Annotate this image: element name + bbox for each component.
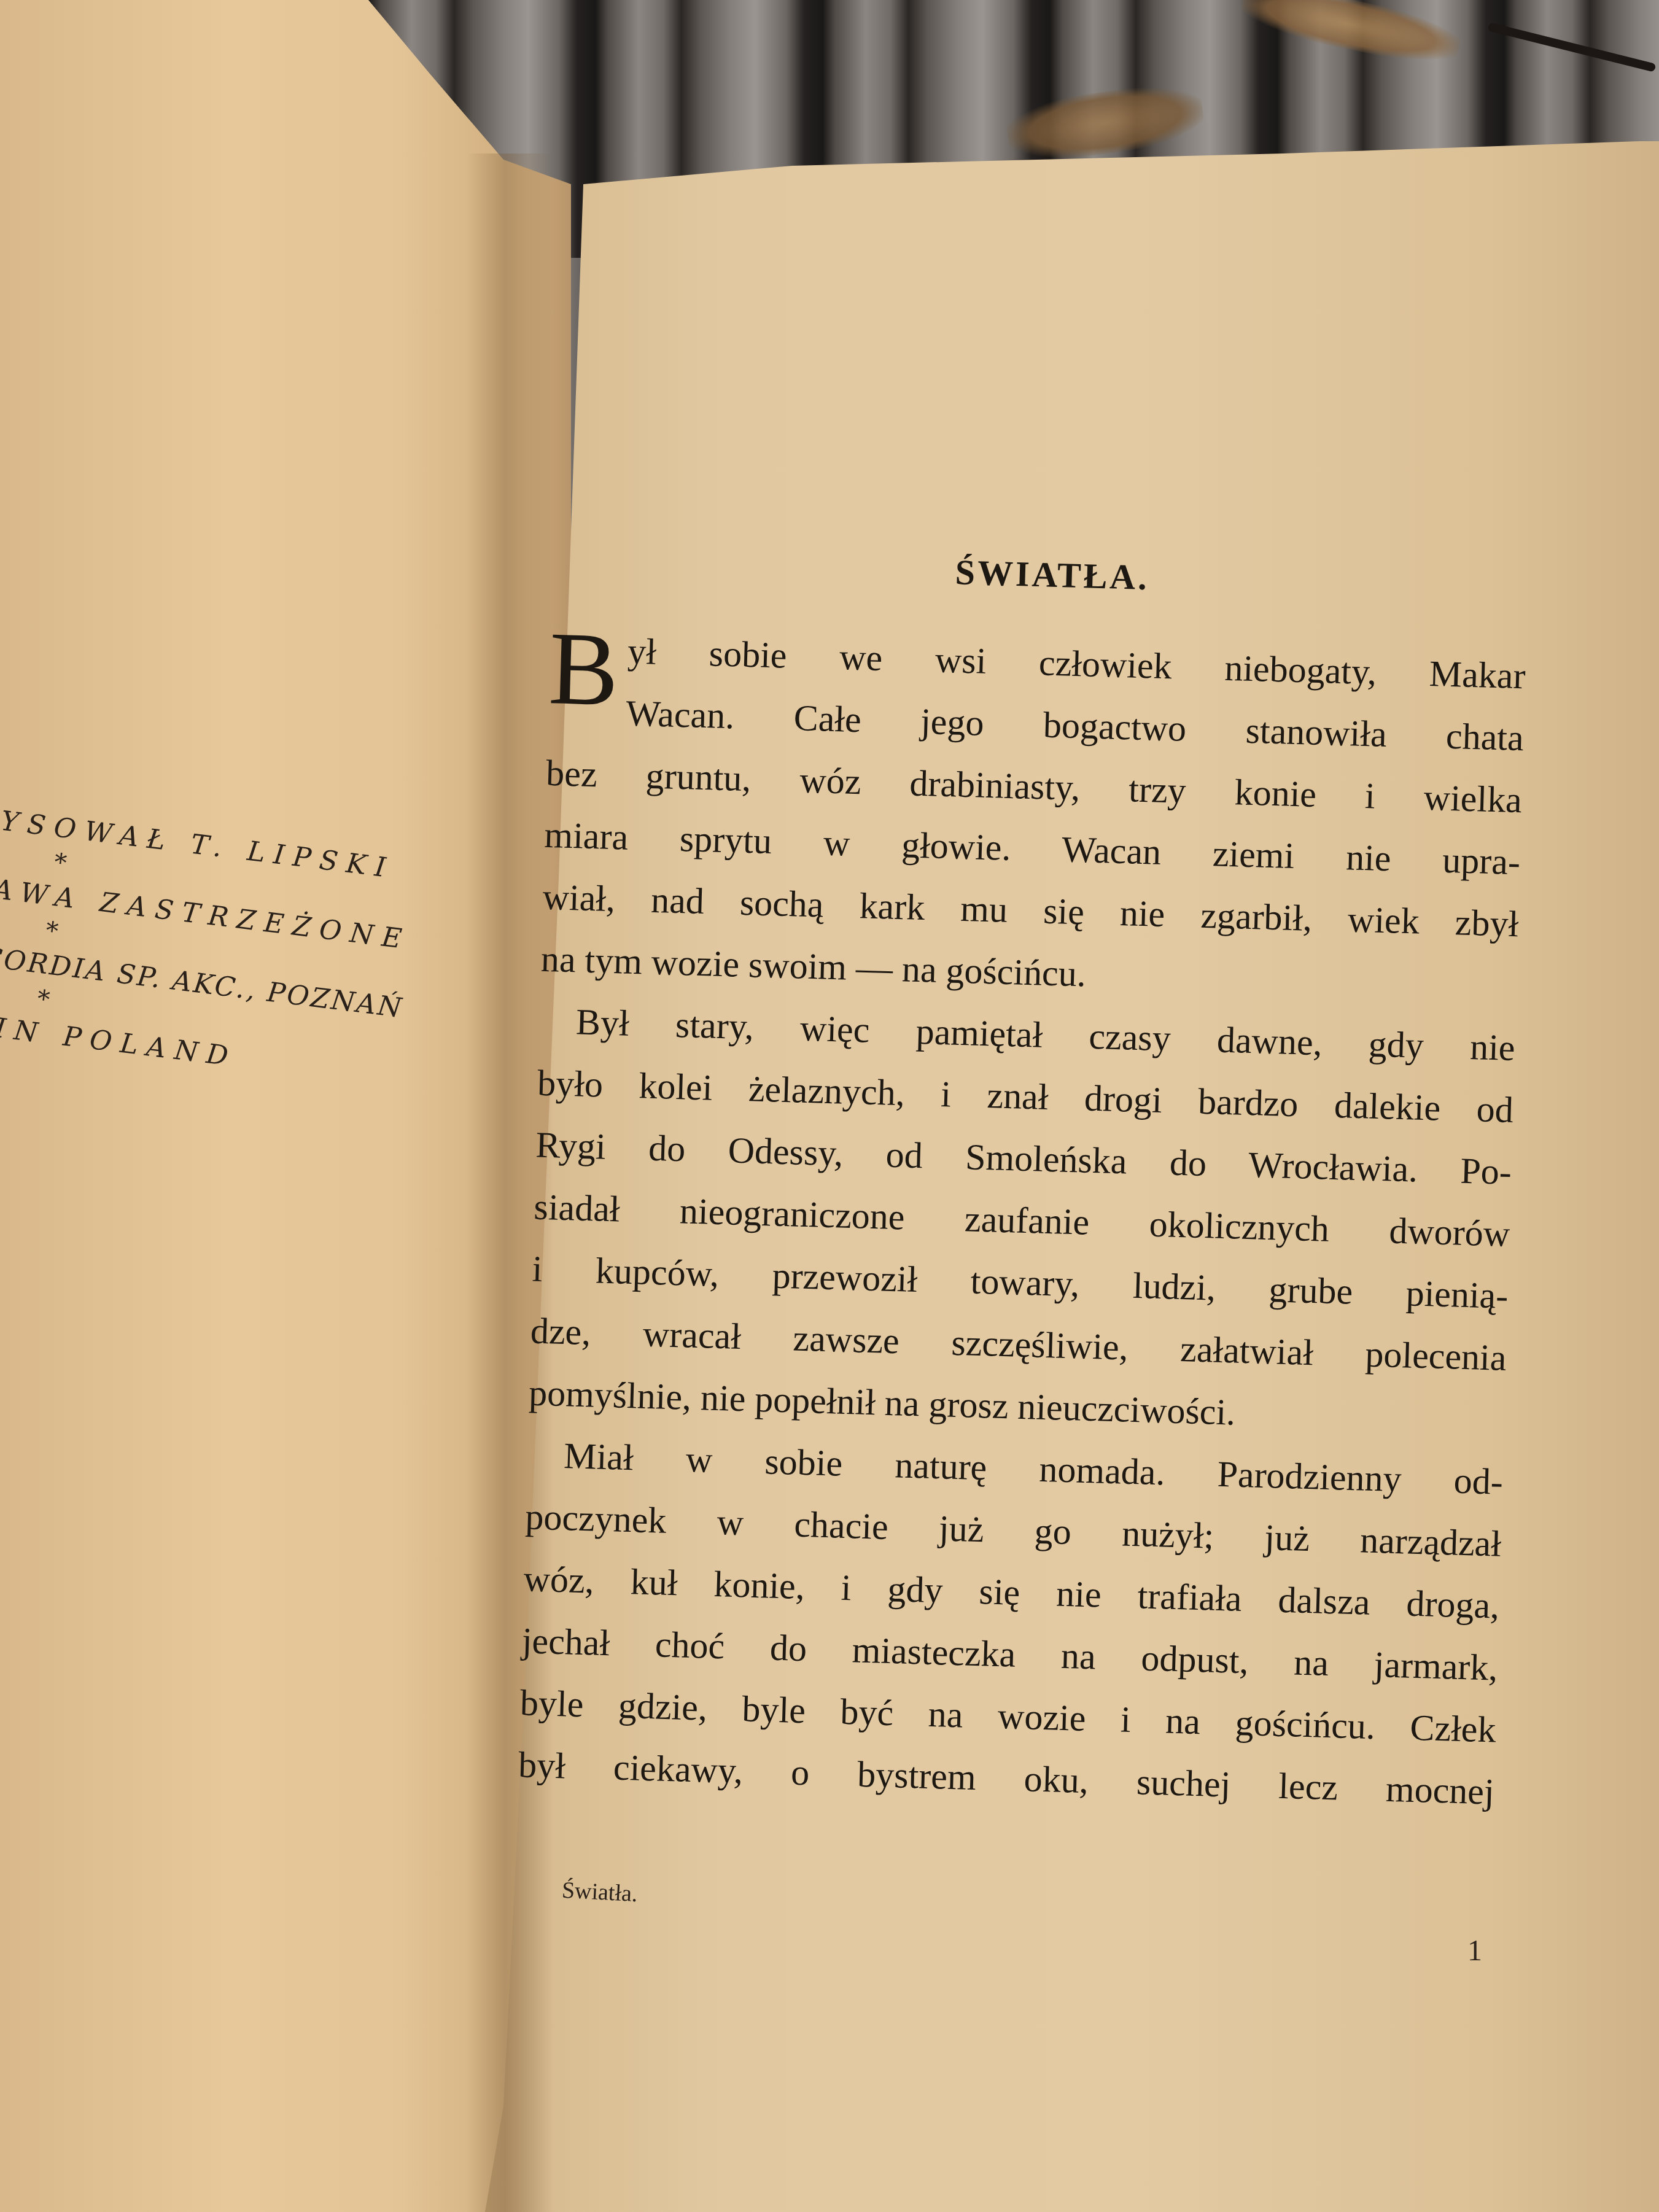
imprint-block: RYSOWAŁ T. LIPSKI * RAWA ZASTRZEŻONE * N… <box>0 798 438 1099</box>
book-photo-scene: RYSOWAŁ T. LIPSKI * RAWA ZASTRZEŻONE * N… <box>0 0 1659 2212</box>
running-footer: Światła. <box>561 1877 639 1907</box>
twig <box>1487 22 1656 72</box>
page-text: ŚWIATŁA. B ył sobie we wsi człowiek nieb… <box>518 540 1529 1823</box>
dry-leaf <box>1004 79 1207 167</box>
drop-cap: B <box>548 622 620 716</box>
page-number: 1 <box>1467 1934 1482 1968</box>
left-page: RYSOWAŁ T. LIPSKI * RAWA ZASTRZEŻONE * N… <box>0 0 571 2212</box>
paragraph-1: B ył sobie we wsi człowiek niebogaty, Ma… <box>540 618 1526 1017</box>
dry-leaf <box>1238 0 1464 72</box>
paragraph-2: Był stary, więc pamiętał czasy dawne, gd… <box>528 990 1516 1451</box>
paragraph-3: Miał w sobie naturę nomada. Parodzienny … <box>518 1424 1504 1823</box>
